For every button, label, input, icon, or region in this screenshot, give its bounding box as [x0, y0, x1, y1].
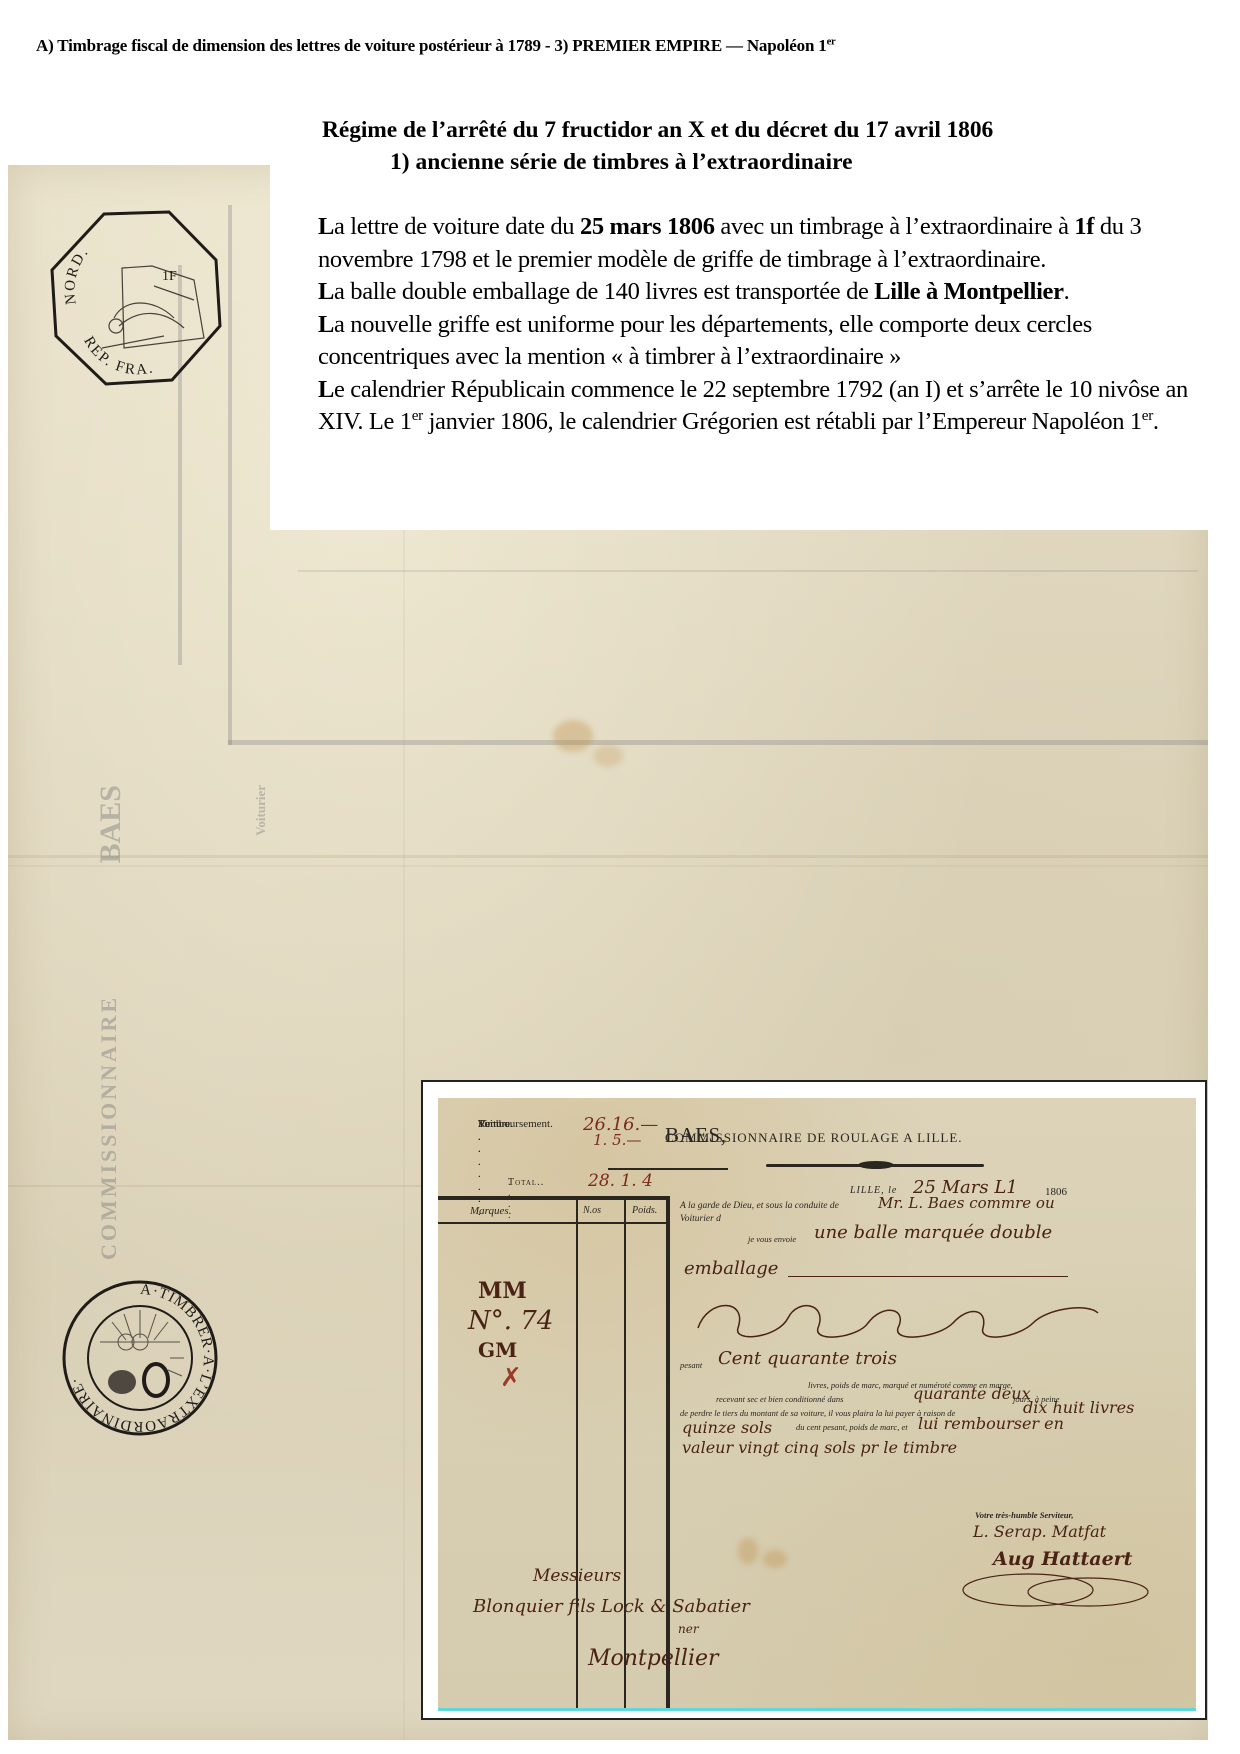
stain: [593, 745, 623, 767]
paragraph-run: a lettre de voiture date du: [334, 213, 580, 240]
marks-table-header-rule: [438, 1222, 666, 1224]
marks-header-marques: Marques.: [470, 1205, 511, 1217]
line-pesant: pesant: [680, 1360, 702, 1370]
line-garde-hand: Mr. L. Baes commre ou: [878, 1194, 1055, 1212]
paragraph-lead-letter: L: [318, 376, 334, 403]
paragraph-run: .: [1153, 408, 1159, 435]
paragraph-lead-letter: L: [318, 213, 334, 240]
panel-paragraph: La balle double emballage de 140 livres …: [318, 276, 1218, 309]
stain: [553, 720, 593, 752]
text-panel-pad: [270, 165, 302, 530]
closing-formula: Votre très-humble Serviteur,: [975, 1510, 1073, 1520]
stain: [738, 1538, 758, 1564]
paragraph-bold-run: Lille à Montpellier: [874, 278, 1063, 305]
paragraph-run: janvier 1806, le calendrier Grégorien es…: [423, 408, 1142, 435]
mark-initials: GM: [478, 1338, 517, 1362]
paragraph-run: er: [412, 407, 423, 424]
marks-header-poids: Poids.: [632, 1205, 657, 1216]
round-stamp-legend: A·TIMBRER·A·L’EXTRAORDINAIRE·: [67, 1282, 216, 1434]
ghost-rule: [228, 740, 1208, 745]
letter-front-scan: Voiture. . . . . . . . . Timbre. . . . .…: [438, 1098, 1196, 1711]
line-envoie-hand: une balle marquée double: [814, 1222, 1052, 1243]
line-emballage-hand: emballage: [684, 1258, 778, 1279]
ghost-print: COMMISSIONNAIRE: [96, 995, 122, 1260]
line-quinze-hand: quinze sols: [682, 1418, 772, 1437]
paragraph-lead-letter: L: [318, 278, 334, 305]
paragraph-run: er: [1142, 407, 1153, 424]
line-cent-hand: lui rembourser en: [918, 1414, 1064, 1433]
line-pesant-hand: Cent quarante trois: [718, 1348, 897, 1369]
round-stamp-digit-icon: [144, 1364, 168, 1396]
address-line-2: Blonquier fils Lock & Sabatier: [473, 1596, 750, 1617]
panel-paragraph: La lettre de voiture date du 25 mars 180…: [318, 211, 1218, 276]
panel-paragraph: La nouvelle griffe est uniforme pour les…: [318, 309, 1218, 374]
marks-table-col-rule: [624, 1198, 626, 1708]
line-cent: du cent pesant, poids de marc, et: [796, 1422, 908, 1432]
marks-table: [438, 1196, 670, 1708]
header-sup: er: [827, 36, 836, 47]
line-valeur-hand: valeur vingt cinq sols pr le timbre: [682, 1438, 957, 1457]
mark-number: N°. 74: [468, 1306, 553, 1336]
paragraph-bold-run: 1f: [1074, 213, 1094, 240]
paragraph-run: a nouvelle griffe est uniforme pour les …: [318, 311, 1092, 371]
fold-crease: [8, 855, 1208, 858]
panel-body: La lettre de voiture date du 25 mars 180…: [318, 211, 1218, 439]
ghost-rule: [228, 205, 232, 745]
stain: [763, 1550, 787, 1568]
hand-flourish-line: [788, 1276, 1068, 1277]
page-header: A) Timbrage fiscal de dimension des lett…: [36, 36, 836, 56]
address-line-3: ner: [678, 1622, 699, 1636]
paragraph-lead-letter: L: [318, 311, 334, 338]
flourish-icon: [688, 1288, 1108, 1348]
panel-paragraph: Le calendrier Républicain commence le 22…: [318, 374, 1218, 439]
octagon-stamp-1f: NORD. REP. FRA. 1F: [44, 208, 226, 390]
svg-text:A·TIMBRER·A·L’EXTRAORDINAIRE·: A·TIMBRER·A·L’EXTRAORDINAIRE·: [67, 1282, 216, 1434]
paragraph-run: a balle double emballage de 140 livres e…: [334, 278, 874, 305]
company-heading: BAES, COMMISSIONNAIRE DE ROULAGE A LILLE…: [665, 1123, 963, 1148]
ornamental-rule-center: [858, 1161, 894, 1169]
header-text: A) Timbrage fiscal de dimension des lett…: [36, 36, 827, 55]
line-perdre: de perdre le tiers du montant de sa voit…: [680, 1408, 955, 1418]
total-rule: [608, 1168, 728, 1170]
charge-value-timbre: 1. 5.—: [593, 1131, 641, 1149]
marks-table-col-rule: [576, 1198, 578, 1708]
address-line-4: Montpellier: [588, 1646, 719, 1671]
line-recevant: recevant sec et bien conditionné dans: [716, 1394, 843, 1404]
octagon-stamp-value: 1F: [162, 269, 177, 284]
company-name: BAES,: [665, 1123, 726, 1148]
panel-title: Régime de l’arrêté du 7 fructidor an X e…: [322, 117, 993, 144]
signature-flourish-icon: [958, 1568, 1158, 1618]
paragraph-run: .: [1064, 278, 1070, 305]
round-stamp-digit-icon: [108, 1370, 136, 1394]
marks-header-numeros: N.os: [583, 1205, 601, 1216]
address-line-1: Messieurs: [533, 1566, 621, 1586]
signature-2: Aug Hattaert: [993, 1548, 1132, 1570]
mark-monogram: MM: [478, 1278, 527, 1304]
fold-crease: [8, 865, 1208, 867]
line-garde: A la garde de Dieu, et sous la conduite …: [680, 1201, 839, 1211]
sunburst-caduceus-icon: [100, 1310, 184, 1376]
ghost-print: BAES: [94, 785, 128, 863]
red-cross-mark: ✗: [500, 1363, 522, 1393]
panel-subtitle: 1) ancienne série de timbres à l’extraor…: [390, 149, 853, 176]
line-envoie: je vous envoie: [748, 1234, 796, 1244]
signature-1: L. Serap. Matfat: [973, 1522, 1106, 1541]
seated-liberty-figure-icon: [102, 266, 204, 348]
ghost-rule: [298, 570, 1198, 572]
line-voiturier: Voiturier d: [680, 1214, 721, 1224]
round-extraordinaire-stamp: A·TIMBRER·A·L’EXTRAORDINAIRE·: [60, 1278, 220, 1438]
ghost-print: Voiturier: [253, 785, 269, 836]
total-value: 28. 1. 4: [588, 1171, 653, 1191]
paragraph-bold-run: 25 mars 1806: [580, 213, 715, 240]
paragraph-run: avec un timbrage à l’extraordinaire à: [715, 213, 1075, 240]
